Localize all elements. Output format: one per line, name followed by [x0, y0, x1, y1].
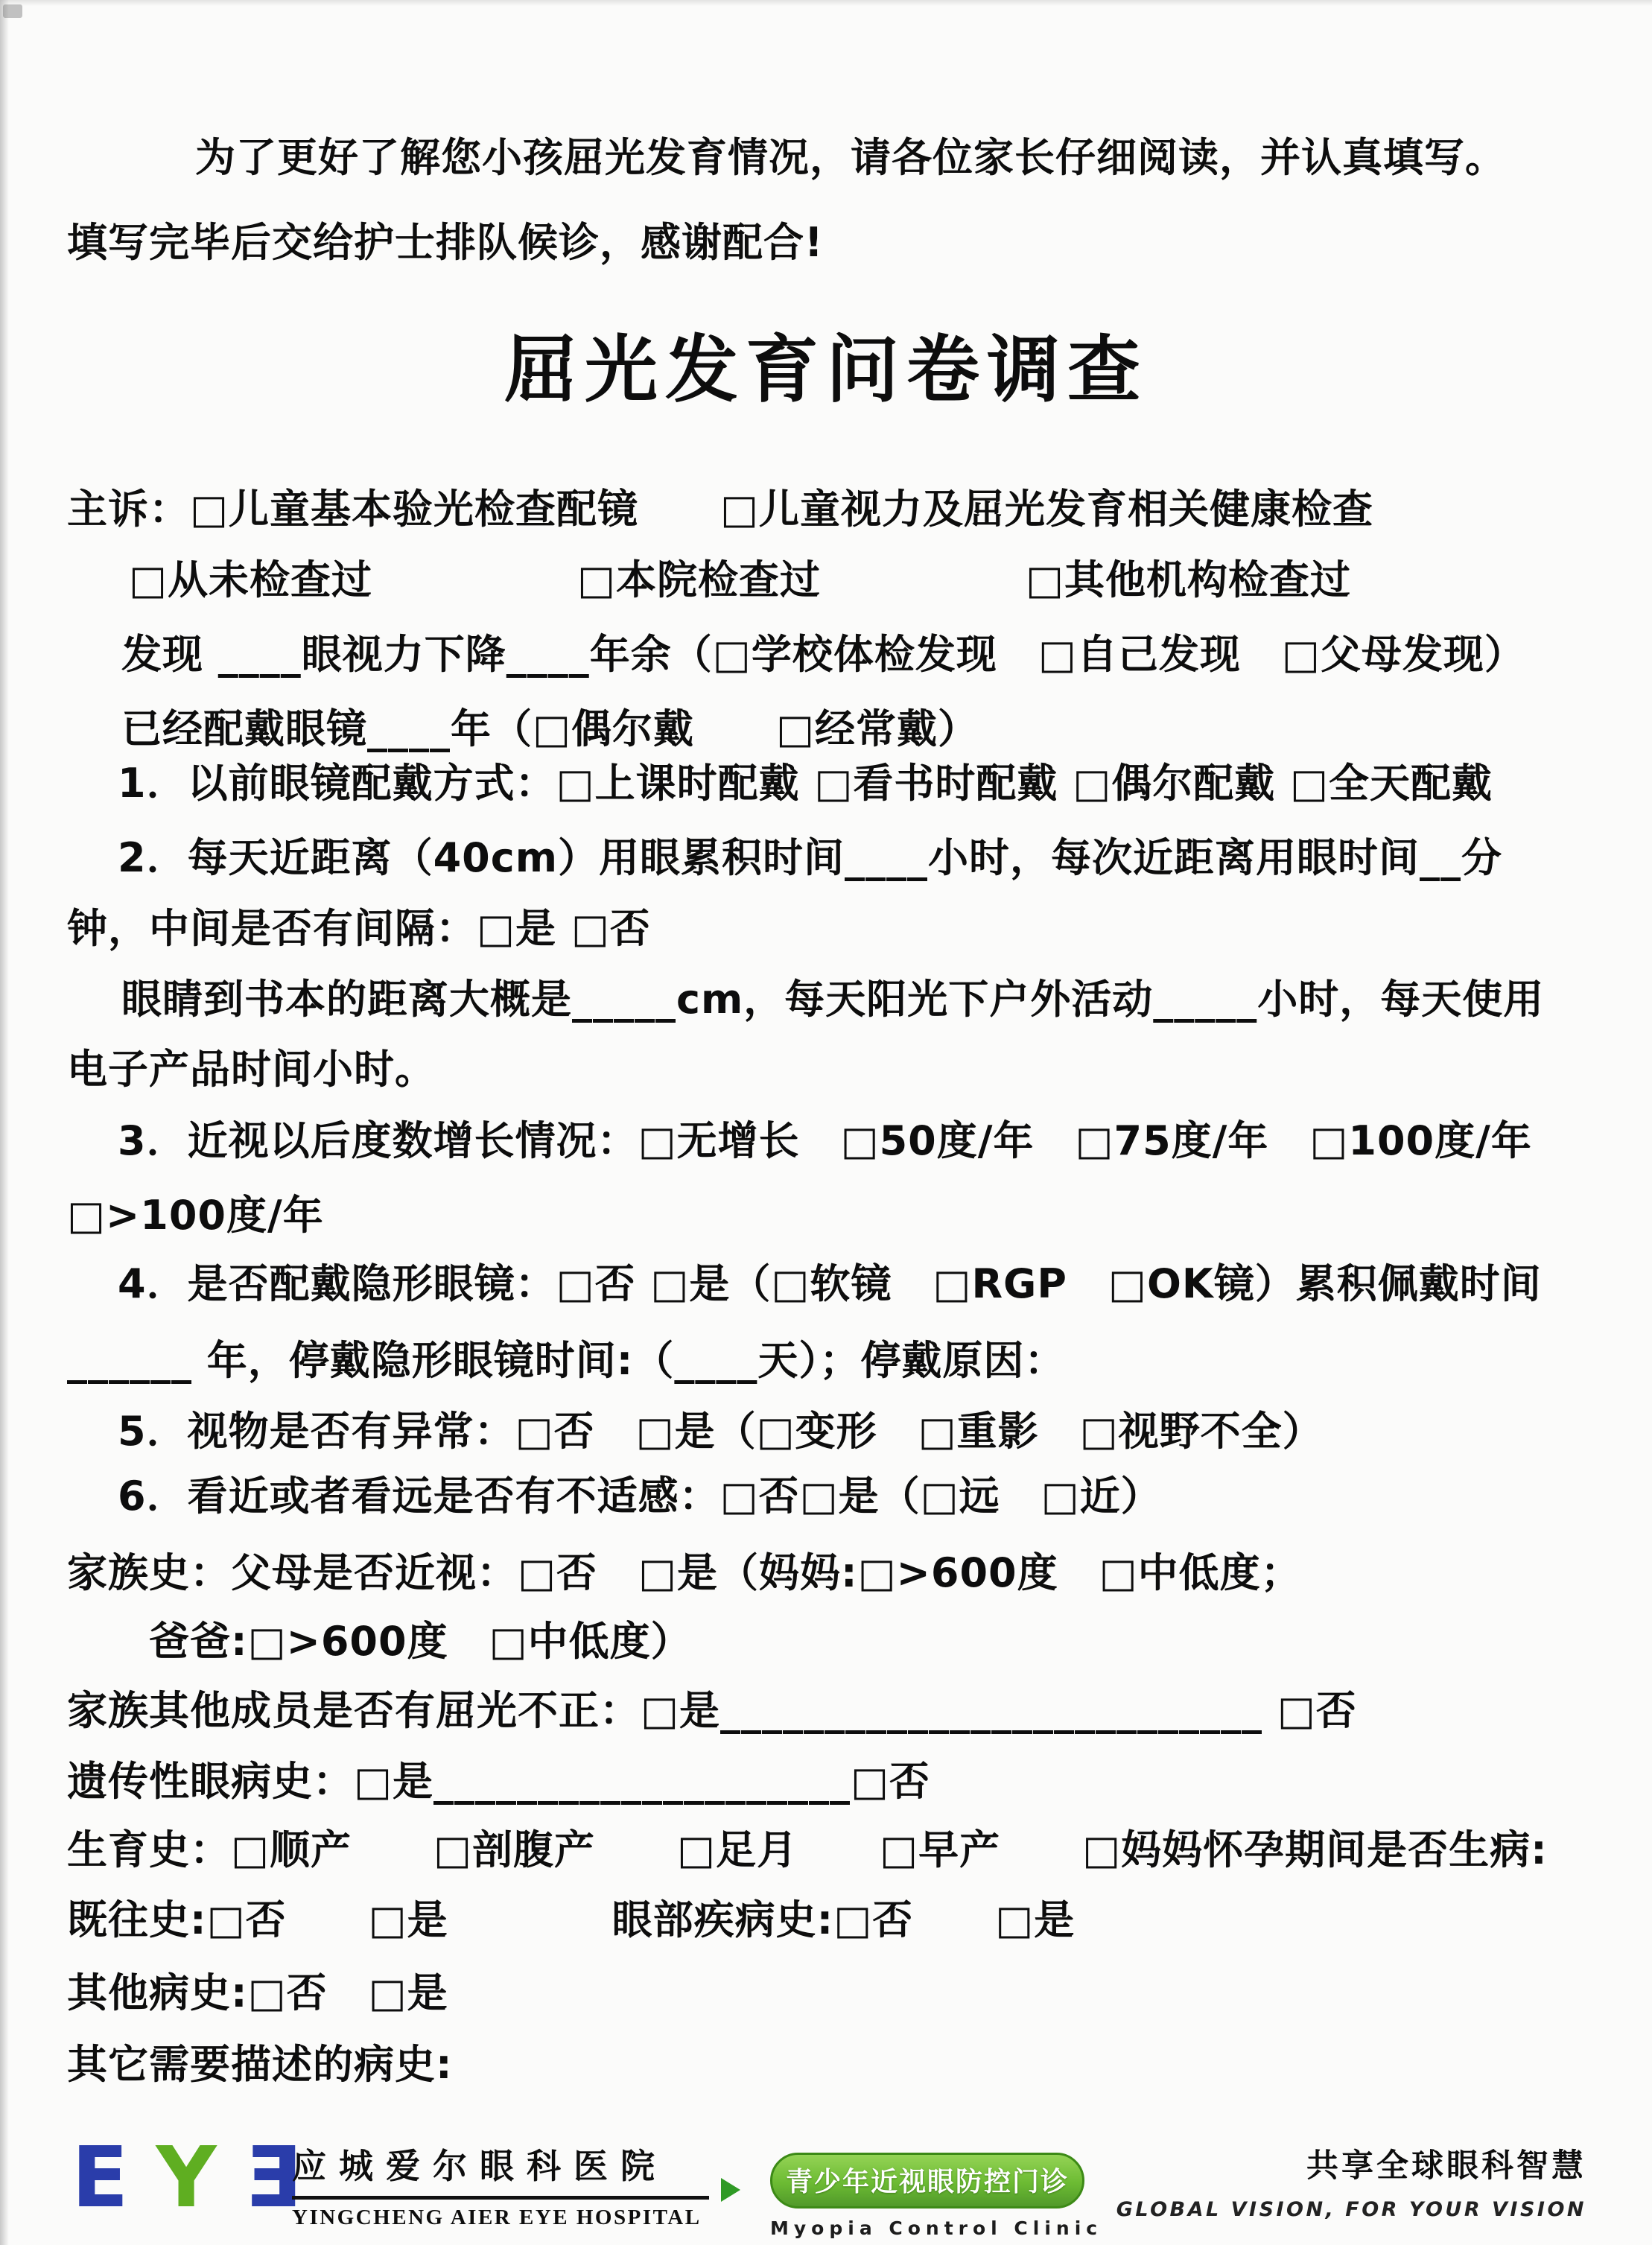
form-line-q5-vision-abnormal: 5．视物是否有异常：□否 □是（□变形 □重影 □视野不全）: [118, 1409, 1324, 1453]
play-arrow-icon: [721, 2178, 740, 2202]
hospital-name-block: 应城爱尔眼科医院 YINGCHENG AIER EYE HOSPITAL: [292, 2139, 709, 2230]
form-line-q4-continued: ______ 年，停戴隐形眼镜时间:（____天）；停戴原因：: [67, 1339, 1065, 1382]
clinic-badge-label: 青少年近视眼防控门诊: [770, 2153, 1084, 2209]
form-line-family-other: 家族其他成员是否有屈光不正：□是________________________…: [67, 1689, 1357, 1733]
logo-letter-e: E: [72, 2136, 130, 2220]
form-line-hereditary-disease: 遗传性眼病史：□是____________________□否: [67, 1759, 930, 1803]
intro-line-1: 为了更好了解您小孩屈光发育情况，请各位家长仔细阅读，并认真填写。: [195, 136, 1506, 180]
hospital-name-cn: 应城爱尔眼科医院: [292, 2139, 709, 2200]
form-line-q1-wear-style: 1．以前眼镜配戴方式：□上课时配戴 □看书时配戴 □偶尔配戴 □全天配戴: [118, 761, 1493, 805]
form-line-vision-decline: 发现 ____眼视力下降____年余（□学校体检发现 □自己发现 □父母发现）: [121, 632, 1525, 676]
footer: E Y E 应城爱尔眼科医院 YINGCHENG AIER EYE HOSPIT…: [0, 2132, 1652, 2244]
slogan-en: GLOBAL VISION, FOR YOUR VISION: [1116, 2198, 1586, 2221]
form-line-other-description: 其它需要描述的病史:: [67, 2042, 453, 2086]
form-line-reading-distance: 眼睛到书本的距离大概是_____cm，每天阳光下户外活动_____小时，每天使用: [121, 977, 1544, 1021]
form-line-family-history: 家族史：父母是否近视：□否 □是（妈妈:□>600度 □中低度；: [67, 1551, 1302, 1595]
hospital-logo: E Y E: [72, 2136, 302, 2220]
slogan-block: 共享全球眼科智慧 GLOBAL VISION, FOR YOUR VISION: [1116, 2141, 1586, 2221]
page-title: 屈光发育问卷调查: [0, 311, 1652, 416]
intro-line-2: 填写完毕后交给护士排队候诊，感谢配合!: [67, 220, 824, 264]
form-line-birth-history: 生育史：□顺产 □剖腹产 □足月 □早产 □妈妈怀孕期间是否生病:: [67, 1828, 1548, 1872]
form-line-past-history: 既往史:□否 □是 眼部疾病史:□否 □是: [67, 1898, 1075, 1942]
form-line-q6-discomfort: 6．看近或者看远是否有不适感：□否□是（□远 □近）: [118, 1474, 1162, 1518]
hospital-name-en: YINGCHENG AIER EYE HOSPITAL: [292, 2206, 709, 2230]
form-line-chief-complaint: 主诉：□儿童基本验光检查配镜 □儿童视力及屈光发育相关健康检查: [67, 487, 1373, 531]
form-line-q4-contact-lens: 4．是否配戴隐形眼镜：□否 □是（□软镜 □RGP □OK镜）累积佩戴时间: [118, 1262, 1542, 1306]
form-line-glasses-worn: 已经配戴眼镜____年（□偶尔戴 □经常戴）: [121, 707, 979, 751]
form-line-other-history: 其他病史:□否 □是: [67, 1971, 448, 2015]
form-line-q3-progression: 3．近视以后度数增长情况：□无增长 □50度/年 □75度/年 □100度/年: [118, 1119, 1532, 1163]
scan-edge-shadow-top: [0, 0, 1652, 6]
logo-letter-y: Y: [156, 2136, 218, 2220]
clinic-badge: 青少年近视眼防控门诊 Myopia Control Clinic: [770, 2153, 1058, 2239]
scan-corner-mark: [3, 4, 22, 18]
clinic-badge-subtitle: Myopia Control Clinic: [770, 2217, 1058, 2239]
form-line-device-time: 电子产品时间小时。: [67, 1047, 436, 1091]
form-line-q3-continued: □>100度/年: [67, 1193, 324, 1237]
questionnaire-document: 为了更好了解您小孩屈光发育情况，请各位家长仔细阅读，并认真填写。 填写完毕后交给…: [0, 0, 1652, 2245]
form-line-family-father: 爸爸:□>600度 □中低度）: [149, 1619, 692, 1663]
form-line-exam-history: □从未检查过 □本院检查过 □其他机构检查过: [129, 558, 1351, 602]
form-line-q2-continued: 钟，中间是否有间隔：□是 □否: [67, 906, 651, 950]
slogan-cn: 共享全球眼科智慧: [1116, 2141, 1586, 2186]
form-line-q2-near-work: 2．每天近距离（40cm）用眼累积时间____小时，每次近距离用眼时间__分: [118, 836, 1502, 880]
